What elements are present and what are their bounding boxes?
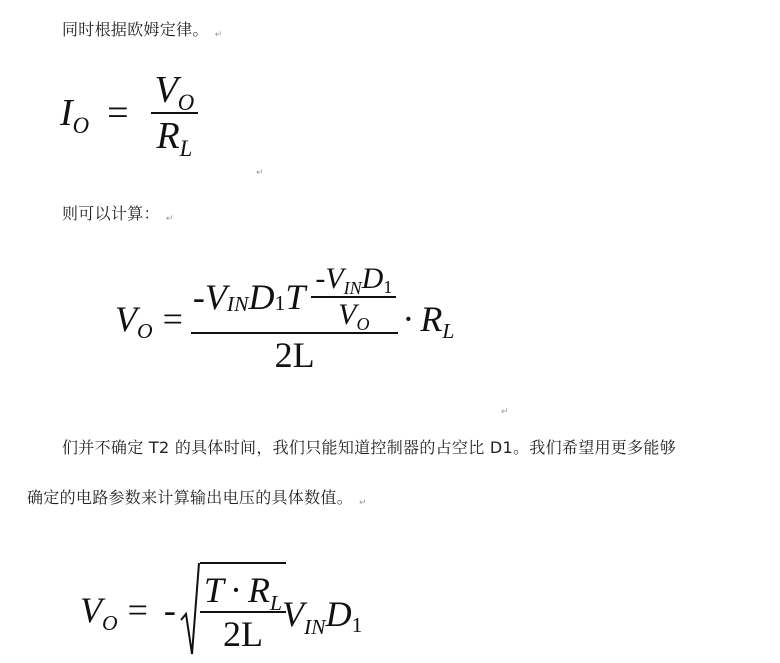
- paragraph-mark-icon: ↵: [215, 30, 223, 40]
- eq1-fraction: VO RL: [151, 68, 199, 158]
- text-paragraph-line1: 们并不确定 T2 的具体时间，我们只能知道控制器的占空比 D1。我们希望用更多能…: [62, 435, 676, 458]
- eq2-rl: RL: [420, 298, 454, 340]
- eq3-fraction: T·RL 2L: [200, 569, 286, 655]
- eq2-lhs: VO: [115, 298, 153, 340]
- eq3-vin-d1: VIND1: [282, 593, 362, 635]
- eq2-inner-fraction: -VIND1 VO: [311, 262, 396, 332]
- eq2-dot: ·: [402, 298, 414, 340]
- text-then-calculate: 则可以计算：↵: [62, 201, 174, 224]
- paragraph-mark-icon: ↵: [501, 407, 509, 417]
- paragraph-text: 们并不确定 T2 的具体时间，我们只能知道控制器的占空比 D1。我们希望用更多能…: [62, 438, 676, 457]
- equation-io: IO = VO RL: [60, 68, 198, 158]
- eq2-outer-fraction: -VIND1T -VIND1 VO 2L: [191, 262, 398, 376]
- equation-vo-derivation: VO = -VIND1T -VIND1 VO 2L · RL: [115, 262, 454, 376]
- text-ohms-law-intro: 同时根据欧姆定律。↵: [62, 17, 223, 40]
- paragraph-mark-icon: ↵: [256, 168, 264, 178]
- paragraph-mark-icon: ↵: [166, 214, 174, 224]
- paragraph-text: 同时根据欧姆定律。: [62, 20, 209, 39]
- radical-sign-icon: [180, 562, 200, 658]
- eq3-equals: =: [128, 589, 148, 631]
- paragraph-mark-icon: ↵: [359, 498, 367, 508]
- eq2-equals: =: [163, 298, 183, 340]
- eq3-lhs: VO: [80, 589, 118, 631]
- eq1-lhs: IO: [60, 91, 89, 135]
- paragraph-text: 确定的电路参数来计算输出电压的具体数值。: [27, 488, 353, 507]
- eq3-radical: T·RL 2L: [180, 562, 286, 658]
- text-paragraph-line2: 确定的电路参数来计算输出电压的具体数值。↵: [27, 485, 367, 508]
- paragraph-text: 则可以计算：: [62, 204, 160, 223]
- equation-vo-final: VO = - T·RL 2L VIND1: [80, 562, 362, 658]
- eq1-equals: =: [107, 91, 128, 135]
- eq3-minus: -: [164, 589, 176, 631]
